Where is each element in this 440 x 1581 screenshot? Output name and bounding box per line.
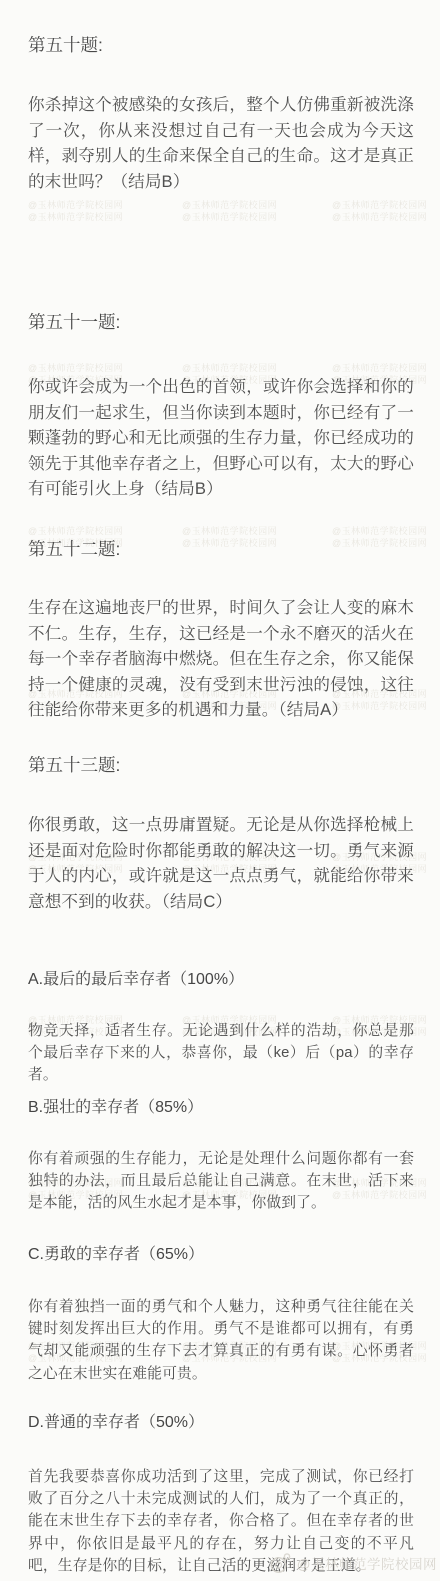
quiz-result-document: @玉林师范学院校园网 @玉林师范学院校园网@玉林师范学院校园网 @玉林师范学院校… xyxy=(0,0,440,1581)
question-51-title: 第五十一题: xyxy=(28,310,414,334)
result-c-body: 你有着独挡一面的勇气和个人魅力，这种勇气往往能在关键时刻发挥出巨大的作用。勇气不… xyxy=(28,1296,414,1385)
photo-watermark-text: @玉林师范学院校园网 xyxy=(297,1553,437,1573)
question-50-body: 你杀掉这个被感染的女孩后，整个人仿佛重新被洗涤了一次，你从来没想过自己有一天也会… xyxy=(28,92,414,194)
result-c-label: C.勇敢的幸存者（65%） xyxy=(28,1245,414,1265)
result-b-label: B.强壮的幸存者（85%） xyxy=(28,1098,414,1118)
background-watermark-tile: @玉林师范学院校园网 @玉林师范学院校园网 xyxy=(182,200,284,223)
question-50-title: 第五十题: xyxy=(28,33,414,57)
result-a-label: A.最后的最后幸存者（100%） xyxy=(28,970,414,990)
background-watermark-tile: @玉林师范学院校园网 @玉林师范学院校园网 xyxy=(332,200,434,223)
question-53-body: 你很勇敢，这一点毋庸置疑。无论是从你选择枪械上还是面对危险时你都能勇敢的解决这一… xyxy=(28,812,414,914)
result-b-body: 你有着顽强的生存能力，无论是处理什么问题你都有一套独特的办法，而且最后总能让自己… xyxy=(28,1148,414,1215)
result-d-label: D.普通的幸存者（50%） xyxy=(28,1413,414,1433)
question-51-body: 你或许会成为一个出色的首领，或许你会选择和你的朋友们一起求生，但当你读到本题时，… xyxy=(28,374,414,502)
background-watermark-tile: @玉林师范学院校园网 @玉林师范学院校园网 xyxy=(28,200,130,223)
weibo-mascot-icon xyxy=(268,1551,292,1575)
question-53-title: 第五十三题: xyxy=(28,753,414,777)
result-a-body: 物竞天择，适者生存。无论遇到什么样的浩劫，你总是那个最后幸存下来的人，恭喜你，最… xyxy=(28,1020,414,1087)
question-52-body: 生存在这遍地丧尸的世界，时间久了会让人变的麻木不仁。生存，生存，这已经是一个永不… xyxy=(28,595,414,723)
photo-watermark: @玉林师范学院校园网 xyxy=(268,1551,437,1575)
question-52-title: 第五十二题: xyxy=(28,537,414,561)
